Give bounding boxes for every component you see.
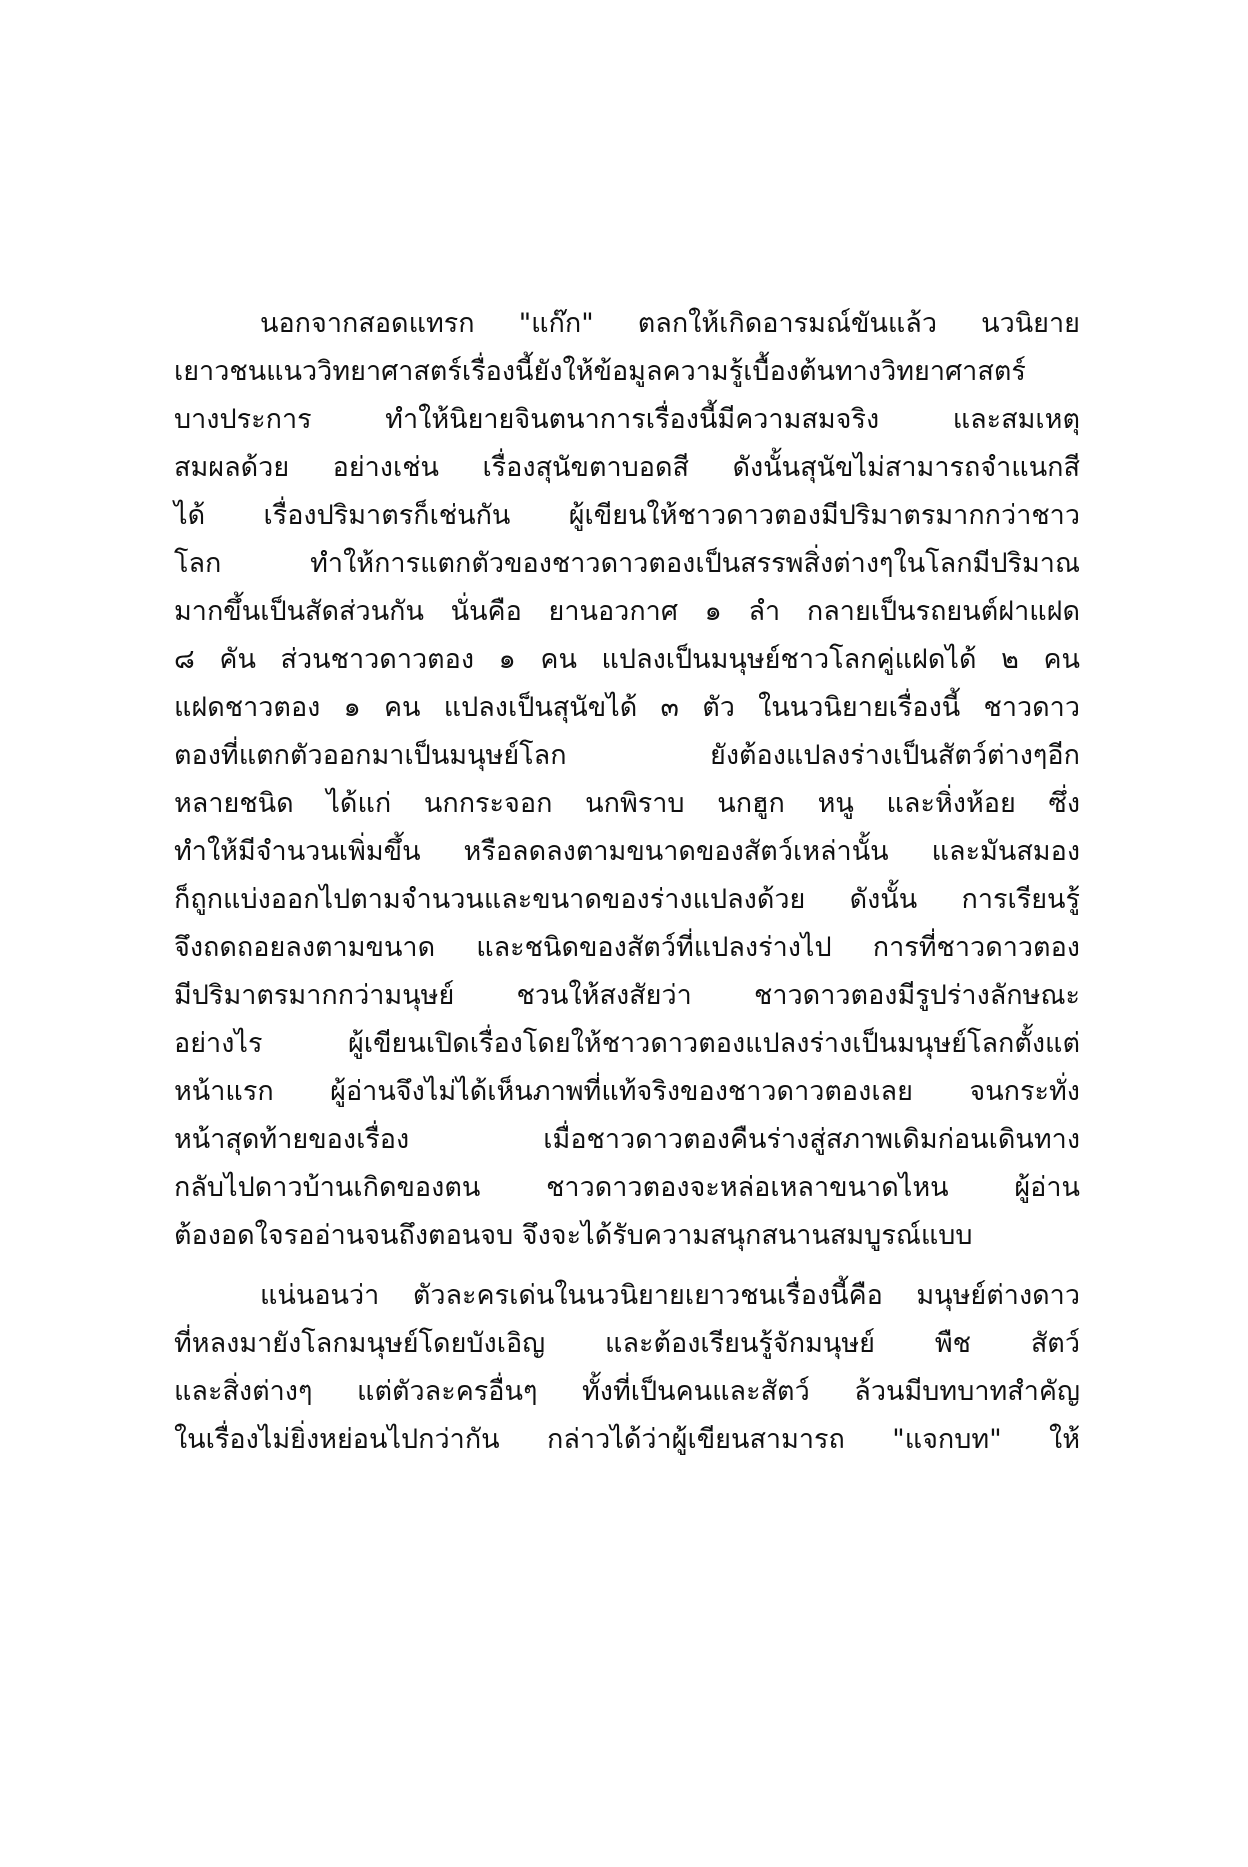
text-line: แฝดชาวตอง ๑ คน แปลงเป็นสุนัขได้ ๓ ตัว ใน… bbox=[174, 684, 1080, 732]
paragraph-1: นอกจากสอดแทรก "แก๊ก" ตลกให้เกิดอารมณ์ขัน… bbox=[174, 300, 1080, 1260]
text-line: ๘ คัน ส่วนชาวดาวตอง ๑ คน แปลงเป็นมนุษย์ช… bbox=[174, 636, 1080, 684]
text-line: โลก ทำให้การแตกตัวของชาวดาวตองเป็นสรรพสิ… bbox=[174, 540, 1080, 588]
text-line: ก็ถูกแบ่งออกไปตามจำนวนและขนาดของร่างแปลง… bbox=[174, 876, 1080, 924]
text-line: ในเรื่องไม่ยิ่งหย่อนไปกว่ากัน กล่าวได้ว่… bbox=[174, 1416, 1080, 1464]
text-line: มากขึ้นเป็นสัดส่วนกัน นั่นคือ ยานอวกาศ ๑… bbox=[174, 588, 1080, 636]
text-line: หน้าสุดท้ายของเรื่อง เมื่อชาวดาวตองคืนร่… bbox=[174, 1116, 1080, 1164]
text-line: สมผลด้วย อย่างเช่น เรื่องสุนัขตาบอดสี ดั… bbox=[174, 444, 1080, 492]
text-line: เยาวชนแนววิทยาศาสตร์เรื่องนี้ยังให้ข้อมู… bbox=[174, 348, 1080, 396]
document-page: นอกจากสอดแทรก "แก๊ก" ตลกให้เกิดอารมณ์ขัน… bbox=[0, 0, 1248, 1867]
text-line: นอกจากสอดแทรก "แก๊ก" ตลกให้เกิดอารมณ์ขัน… bbox=[174, 300, 1080, 348]
text-line: ต้องอดใจรออ่านจนถึงตอนจบ จึงจะได้รับความ… bbox=[174, 1212, 1080, 1260]
text-line: จึงถดถอยลงตามขนาด และชนิดของสัตว์ที่แปลง… bbox=[174, 924, 1080, 972]
text-line: หน้าแรก ผู้อ่านจึงไม่ได้เห็นภาพที่แท้จริ… bbox=[174, 1068, 1080, 1116]
text-line: อย่างไร ผู้เขียนเปิดเรื่องโดยให้ชาวดาวตอ… bbox=[174, 1020, 1080, 1068]
text-line: ตองที่แตกตัวออกมาเป็นมนุษย์โลก ยังต้องแป… bbox=[174, 732, 1080, 780]
text-line: มีปริมาตรมากกว่ามนุษย์ ชวนให้สงสัยว่า ชา… bbox=[174, 972, 1080, 1020]
paragraph-2: แน่นอนว่า ตัวละครเด่นในนวนิยายเยาวชนเรื่… bbox=[174, 1272, 1080, 1464]
text-line: แน่นอนว่า ตัวละครเด่นในนวนิยายเยาวชนเรื่… bbox=[174, 1272, 1080, 1320]
text-line: ที่หลงมายังโลกมนุษย์โดยบังเอิญ และต้องเร… bbox=[174, 1320, 1080, 1368]
text-line: ทำให้มีจำนวนเพิ่มขึ้น หรือลดลงตามขนาดของ… bbox=[174, 828, 1080, 876]
text-line: และสิ่งต่างๆ แต่ตัวละครอื่นๆ ทั้งที่เป็น… bbox=[174, 1368, 1080, 1416]
body-text: นอกจากสอดแทรก "แก๊ก" ตลกให้เกิดอารมณ์ขัน… bbox=[174, 300, 1080, 1464]
text-line: บางประการ ทำให้นิยายจินตนาการเรื่องนี้มี… bbox=[174, 396, 1080, 444]
text-line: กลับไปดาวบ้านเกิดของตน ชาวดาวตองจะหล่อเห… bbox=[174, 1164, 1080, 1212]
text-line: ได้ เรื่องปริมาตรก็เช่นกัน ผู้เขียนให้ชา… bbox=[174, 492, 1080, 540]
text-line: หลายชนิด ได้แก่ นกกระจอก นกพิราบ นกฮูก ห… bbox=[174, 780, 1080, 828]
